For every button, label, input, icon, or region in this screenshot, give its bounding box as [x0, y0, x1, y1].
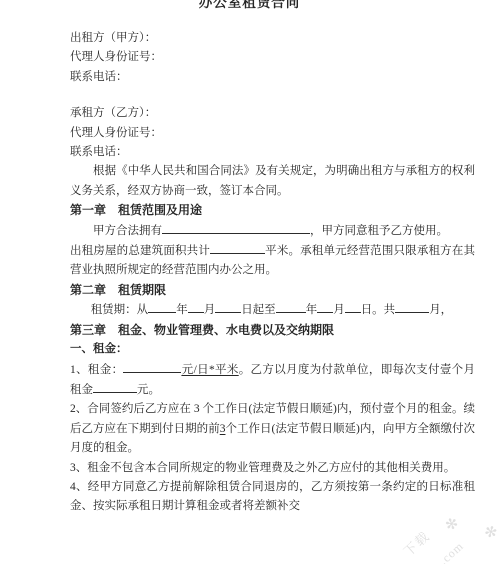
clause-text: 日起至 [241, 304, 276, 316]
rent-item-3: 3、租金不包含本合同所规定的物业管理费及之外乙方应付的其他相关费用。 [70, 459, 475, 478]
clause-text: 元。 [137, 384, 160, 396]
clause-text: 日。共 [361, 304, 396, 316]
party-b-label: 承租方（乙方）： [70, 104, 475, 123]
party-a-phone-label: 联系电话： [70, 68, 475, 87]
contract-page: 办公室租赁合同 出租方（甲方）： 代理人身份证号： 联系电话： 承租方（乙方）：… [0, 0, 499, 564]
rent-subheading: 一、租金： [70, 340, 475, 359]
blank-field-start-month [188, 300, 204, 313]
lease-term-clause: 租赁期：从年月日起至年月日。共月， [70, 300, 475, 320]
rate-unit-text: 元/日*平米 [181, 364, 238, 376]
party-b-phone-label: 联系电话： [70, 143, 475, 162]
rent-item-1: 1、租金：元/日*平米。乙方以月度为付款单位，即每次支付壹个月租金元。 [70, 360, 475, 401]
blank-field-start-day [215, 300, 241, 313]
party-b-block: 承租方（乙方）： 代理人身份证号： 联系电话： [70, 104, 475, 162]
clause-text: 月 [333, 304, 345, 316]
blank-field-total-months [395, 300, 429, 313]
clause-text: 年 [306, 304, 318, 316]
blank-field-end-month [317, 300, 333, 313]
clause-text: 年 [176, 304, 188, 316]
blank-field-start-year [148, 300, 176, 313]
party-a-label: 出租方（甲方）： [70, 29, 475, 48]
blank-field-monthly-rent [93, 380, 137, 393]
contract-body: 出租方（甲方）： 代理人身份证号： 联系电话： 承租方（乙方）： 代理人身份证号… [0, 0, 499, 517]
blank-field-area [210, 241, 265, 254]
watermark-flower-icon: ✻ [482, 523, 499, 545]
chapter1-heading: 第一章 租赁范围及用途 [70, 201, 475, 220]
contract-title: 办公室租赁合同 [0, 0, 499, 12]
rent-item-4: 4、经甲方同意乙方提前解除租赁合同退房的，乙方须按第一条约定的日标准租金、按实际… [70, 478, 475, 517]
chapter1-clause2: 出租房屋的总建筑面积共计平米。承租单元经营范围只限承租方在其营业执照所规定的经营… [70, 241, 475, 281]
chapter1-clause1: 甲方合法拥有，甲方同意租予乙方使用。 [70, 221, 475, 241]
clause-text: 月， [429, 304, 452, 316]
clause-text: 月 [204, 304, 216, 316]
rent-item-2: 2、合同签约后乙方应在 3 个工作日(法定节假日顺延)内，预付壹个月的租金。续后… [70, 400, 475, 458]
party-a-agent-id-label: 代理人身份证号： [70, 48, 475, 67]
watermark-text: 下载 [399, 526, 434, 561]
blank-field-end-year [276, 300, 306, 313]
preamble-text: 根据《中华人民共和国合同法》及有关规定，为明确出租方与承租方的权利义务关系，经双… [70, 162, 475, 201]
blank-field-end-day [345, 300, 361, 313]
clause-text: 1、租金： [70, 364, 123, 376]
party-b-agent-id-label: 代理人身份证号： [70, 124, 475, 143]
clause-text: 出租房屋的总建筑面积共计 [70, 245, 210, 257]
chapter3-heading: 第三章 租金、物业管理费、水电费以及交纳期限 [70, 321, 475, 340]
watermark-text: .com [435, 537, 469, 564]
clause-text: ，甲方同意租予乙方使用。 [310, 225, 448, 237]
clause-text: 甲方合法拥有 [93, 225, 162, 237]
blank-field-premises [162, 221, 310, 234]
party-a-block: 出租方（甲方）： 代理人身份证号： 联系电话： [70, 29, 475, 87]
watermark-flower-icon: ✻ [443, 514, 461, 537]
clause-text: 租赁期：从 [91, 304, 149, 316]
chapter2-heading: 第二章 租赁期限 [70, 281, 475, 300]
blank-field-daily-rate [123, 360, 181, 373]
